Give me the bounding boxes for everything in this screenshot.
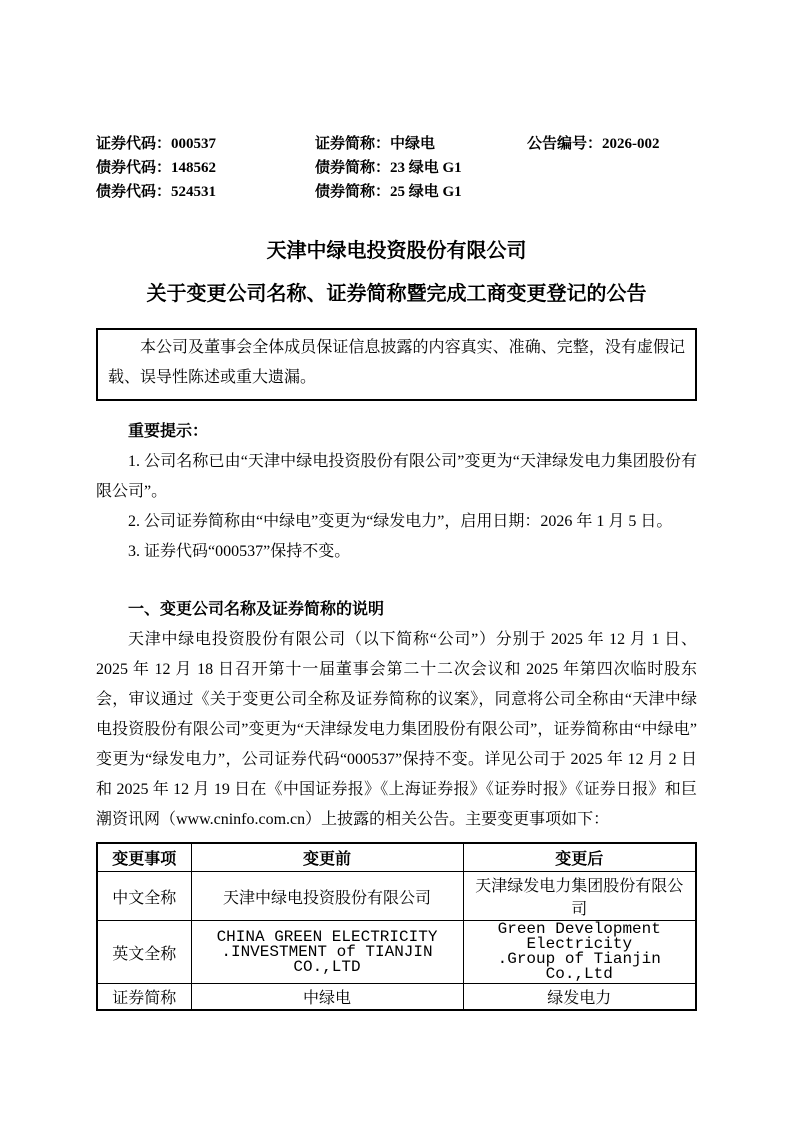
important-item-1: 1. 公司名称已由“天津中绿电投资股份有限公司”变更为“天津绿发电力集团股份有限… bbox=[96, 447, 697, 507]
table-row-english-full-name: 英文全称 CHINA GREEN ELECTRICITY .INVESTMENT… bbox=[97, 921, 696, 984]
header-row-stock: 证券代码：000537 证券简称：中绿电 公告编号：2026-002 bbox=[96, 132, 697, 156]
table-row-ticker-name: 证券简称 中绿电 绿发电力 bbox=[97, 984, 696, 1011]
header-row-bond-1: 债券代码：148562 债券简称：23 绿电 G1 bbox=[96, 156, 697, 180]
change-summary-table: 变更事项 变更前 变更后 中文全称 天津中绿电投资股份有限公司 天津绿发电力集团… bbox=[96, 842, 697, 1011]
column-header-after: 变更后 bbox=[463, 843, 696, 872]
column-header-item: 变更事项 bbox=[97, 843, 191, 872]
section-1-paragraph: 天津中绿电投资股份有限公司（以下简称“公司”）分别于 2025 年 12 月 1… bbox=[96, 625, 697, 835]
table-row-chinese-full-name: 中文全称 天津中绿电投资股份有限公司 天津绿发电力集团股份有限公司 bbox=[97, 872, 696, 921]
table-header-row: 变更事项 变更前 变更后 bbox=[97, 843, 696, 872]
announcement-number: 公告编号：2026-002 bbox=[527, 132, 697, 156]
bond-short-name-2: 债券简称：25 绿电 G1 bbox=[315, 180, 527, 204]
stock-code: 证券代码：000537 bbox=[96, 132, 315, 156]
header-row-bond-2: 债券代码：524531 债券简称：25 绿电 G1 bbox=[96, 180, 697, 204]
announcement-title: 关于变更公司名称、证券简称暨完成工商变更登记的公告 bbox=[96, 281, 697, 307]
important-item-3: 3. 证券代码“000537”保持不变。 bbox=[96, 537, 697, 567]
section-1-heading: 一、变更公司名称及证券简称的说明 bbox=[96, 595, 697, 625]
row-label: 中文全称 bbox=[97, 872, 191, 921]
bond-short-name-1: 债券简称：23 绿电 G1 bbox=[315, 156, 527, 180]
row-label: 证券简称 bbox=[97, 984, 191, 1011]
after-value: 绿发电力 bbox=[463, 984, 696, 1011]
bond-code-1: 债券代码：148562 bbox=[96, 156, 315, 180]
before-value: 天津中绿电投资股份有限公司 bbox=[191, 872, 463, 921]
important-notice-heading: 重要提示： bbox=[96, 417, 697, 447]
row-label: 英文全称 bbox=[97, 921, 191, 984]
stock-short-name: 证券简称：中绿电 bbox=[315, 132, 527, 156]
header-spacer bbox=[527, 180, 697, 204]
document-code-header: 证券代码：000537 证券简称：中绿电 公告编号：2026-002 债券代码：… bbox=[96, 132, 697, 204]
disclaimer-box: 本公司及董事会全体成员保证信息披露的内容真实、准确、完整，没有虚假记载、误导性陈… bbox=[96, 328, 697, 401]
document-page: 证券代码：000537 证券简称：中绿电 公告编号：2026-002 债券代码：… bbox=[0, 0, 794, 1123]
before-value: CHINA GREEN ELECTRICITY .INVESTMENT of T… bbox=[191, 921, 463, 984]
before-value: 中绿电 bbox=[191, 984, 463, 1011]
after-value: Green Development Electricity .Group of … bbox=[463, 921, 696, 984]
bond-code-2: 债券代码：524531 bbox=[96, 180, 315, 204]
after-value: 天津绿发电力集团股份有限公司 bbox=[463, 872, 696, 921]
column-header-before: 变更前 bbox=[191, 843, 463, 872]
company-name-title: 天津中绿电投资股份有限公司 bbox=[96, 238, 697, 264]
important-item-2: 2. 公司证券简称由“中绿电”变更为“绿发电力”，启用日期：2026 年 1 月… bbox=[96, 507, 697, 537]
header-spacer bbox=[527, 156, 697, 180]
